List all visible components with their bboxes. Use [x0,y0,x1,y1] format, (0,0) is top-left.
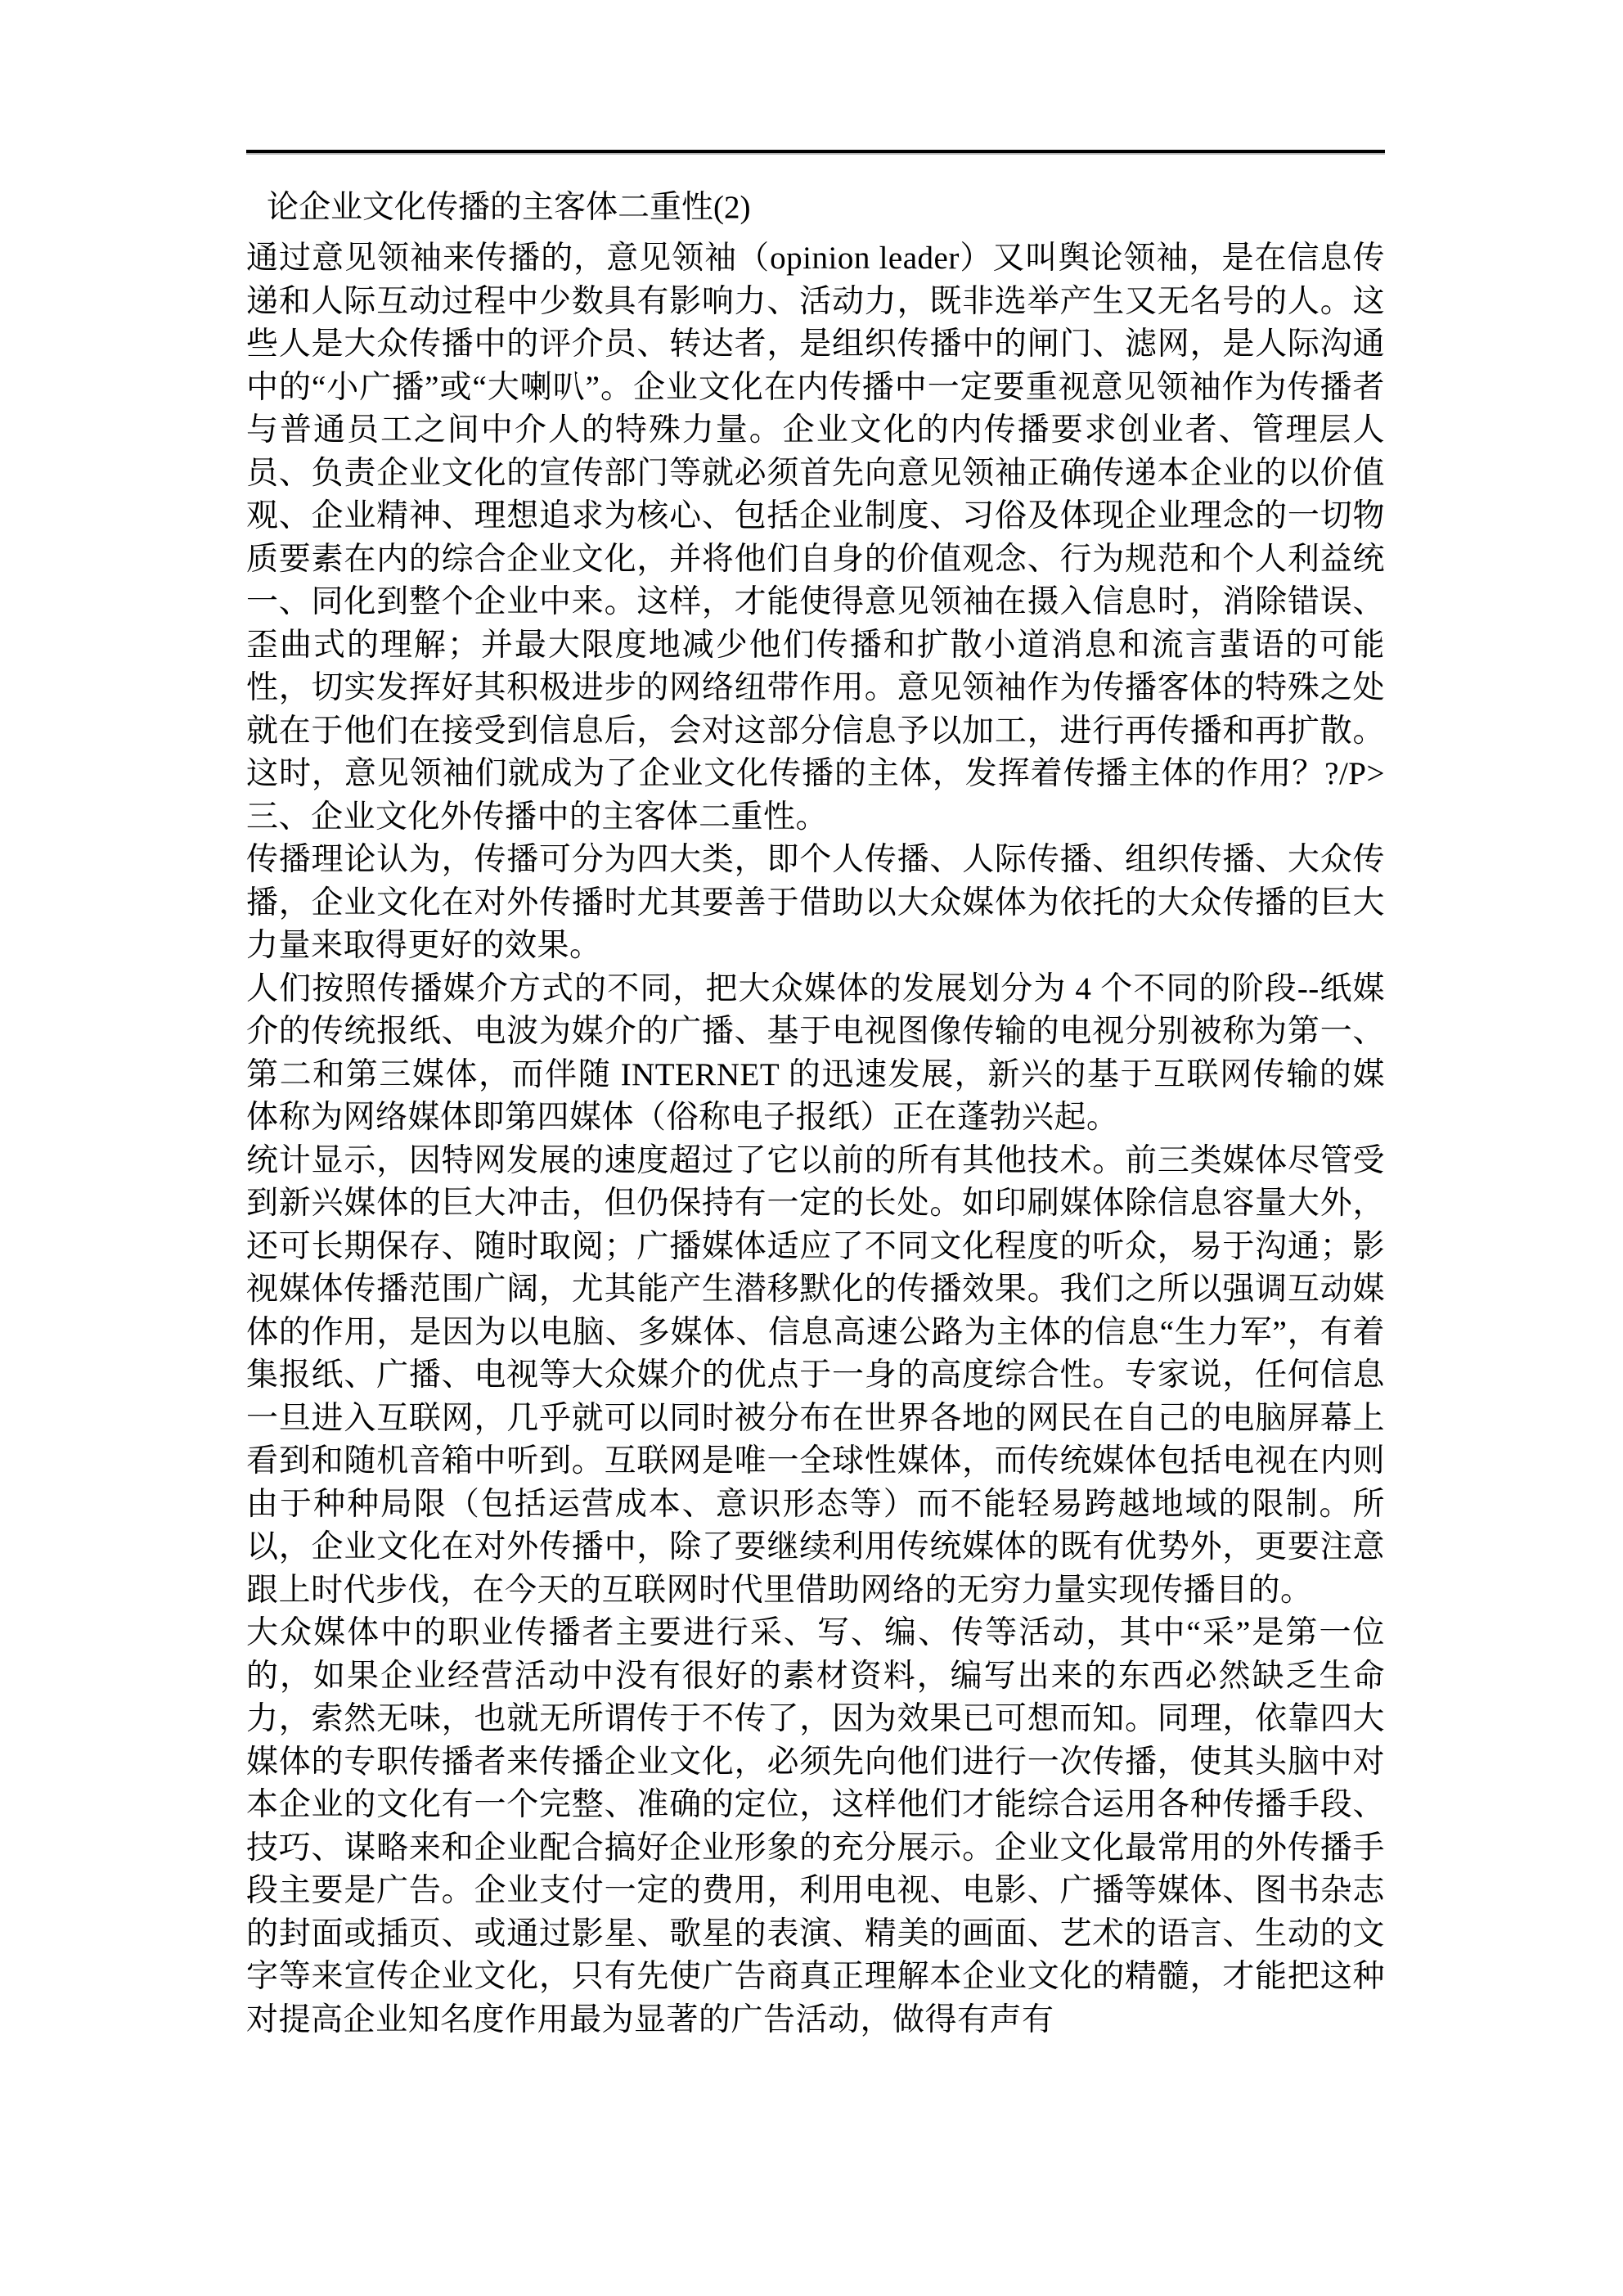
header-rule [246,150,1385,155]
paragraph-professional-communicators: 大众媒体中的职业传播者主要进行采、写、编、传等活动，其中“采”是第一位的，如果企… [246,1612,1385,2042]
page-title: 论企业文化传播的主客体二重性(2) [246,186,1385,229]
document-page: 论企业文化传播的主客体二重性(2) 通过意见领袖来传播的，意见领袖（opinio… [0,0,1623,2296]
paragraph-communication-theory: 传播理论认为，传播可分为四大类，即个人传播、人际传播、组织传播、大众传播，企业文… [246,839,1385,968]
paragraph-internet-statistics: 统计显示，因特网发展的速度超过了它以前的所有其他技术。前三类媒体尽管受到新兴媒体… [246,1140,1385,1613]
paragraph-opinion-leader: 通过意见领袖来传播的，意见领袖（opinion leader）又叫舆论领袖，是在… [246,237,1385,839]
document-content: 论企业文化传播的主客体二重性(2) 通过意见领袖来传播的，意见领袖（opinio… [246,150,1385,2042]
header-rule-shadow [246,153,1385,155]
paragraph-four-media-stages: 人们按照传播媒介方式的不同，把大众媒体的发展划分为 4 个不同的阶段--纸媒介的… [246,968,1385,1140]
